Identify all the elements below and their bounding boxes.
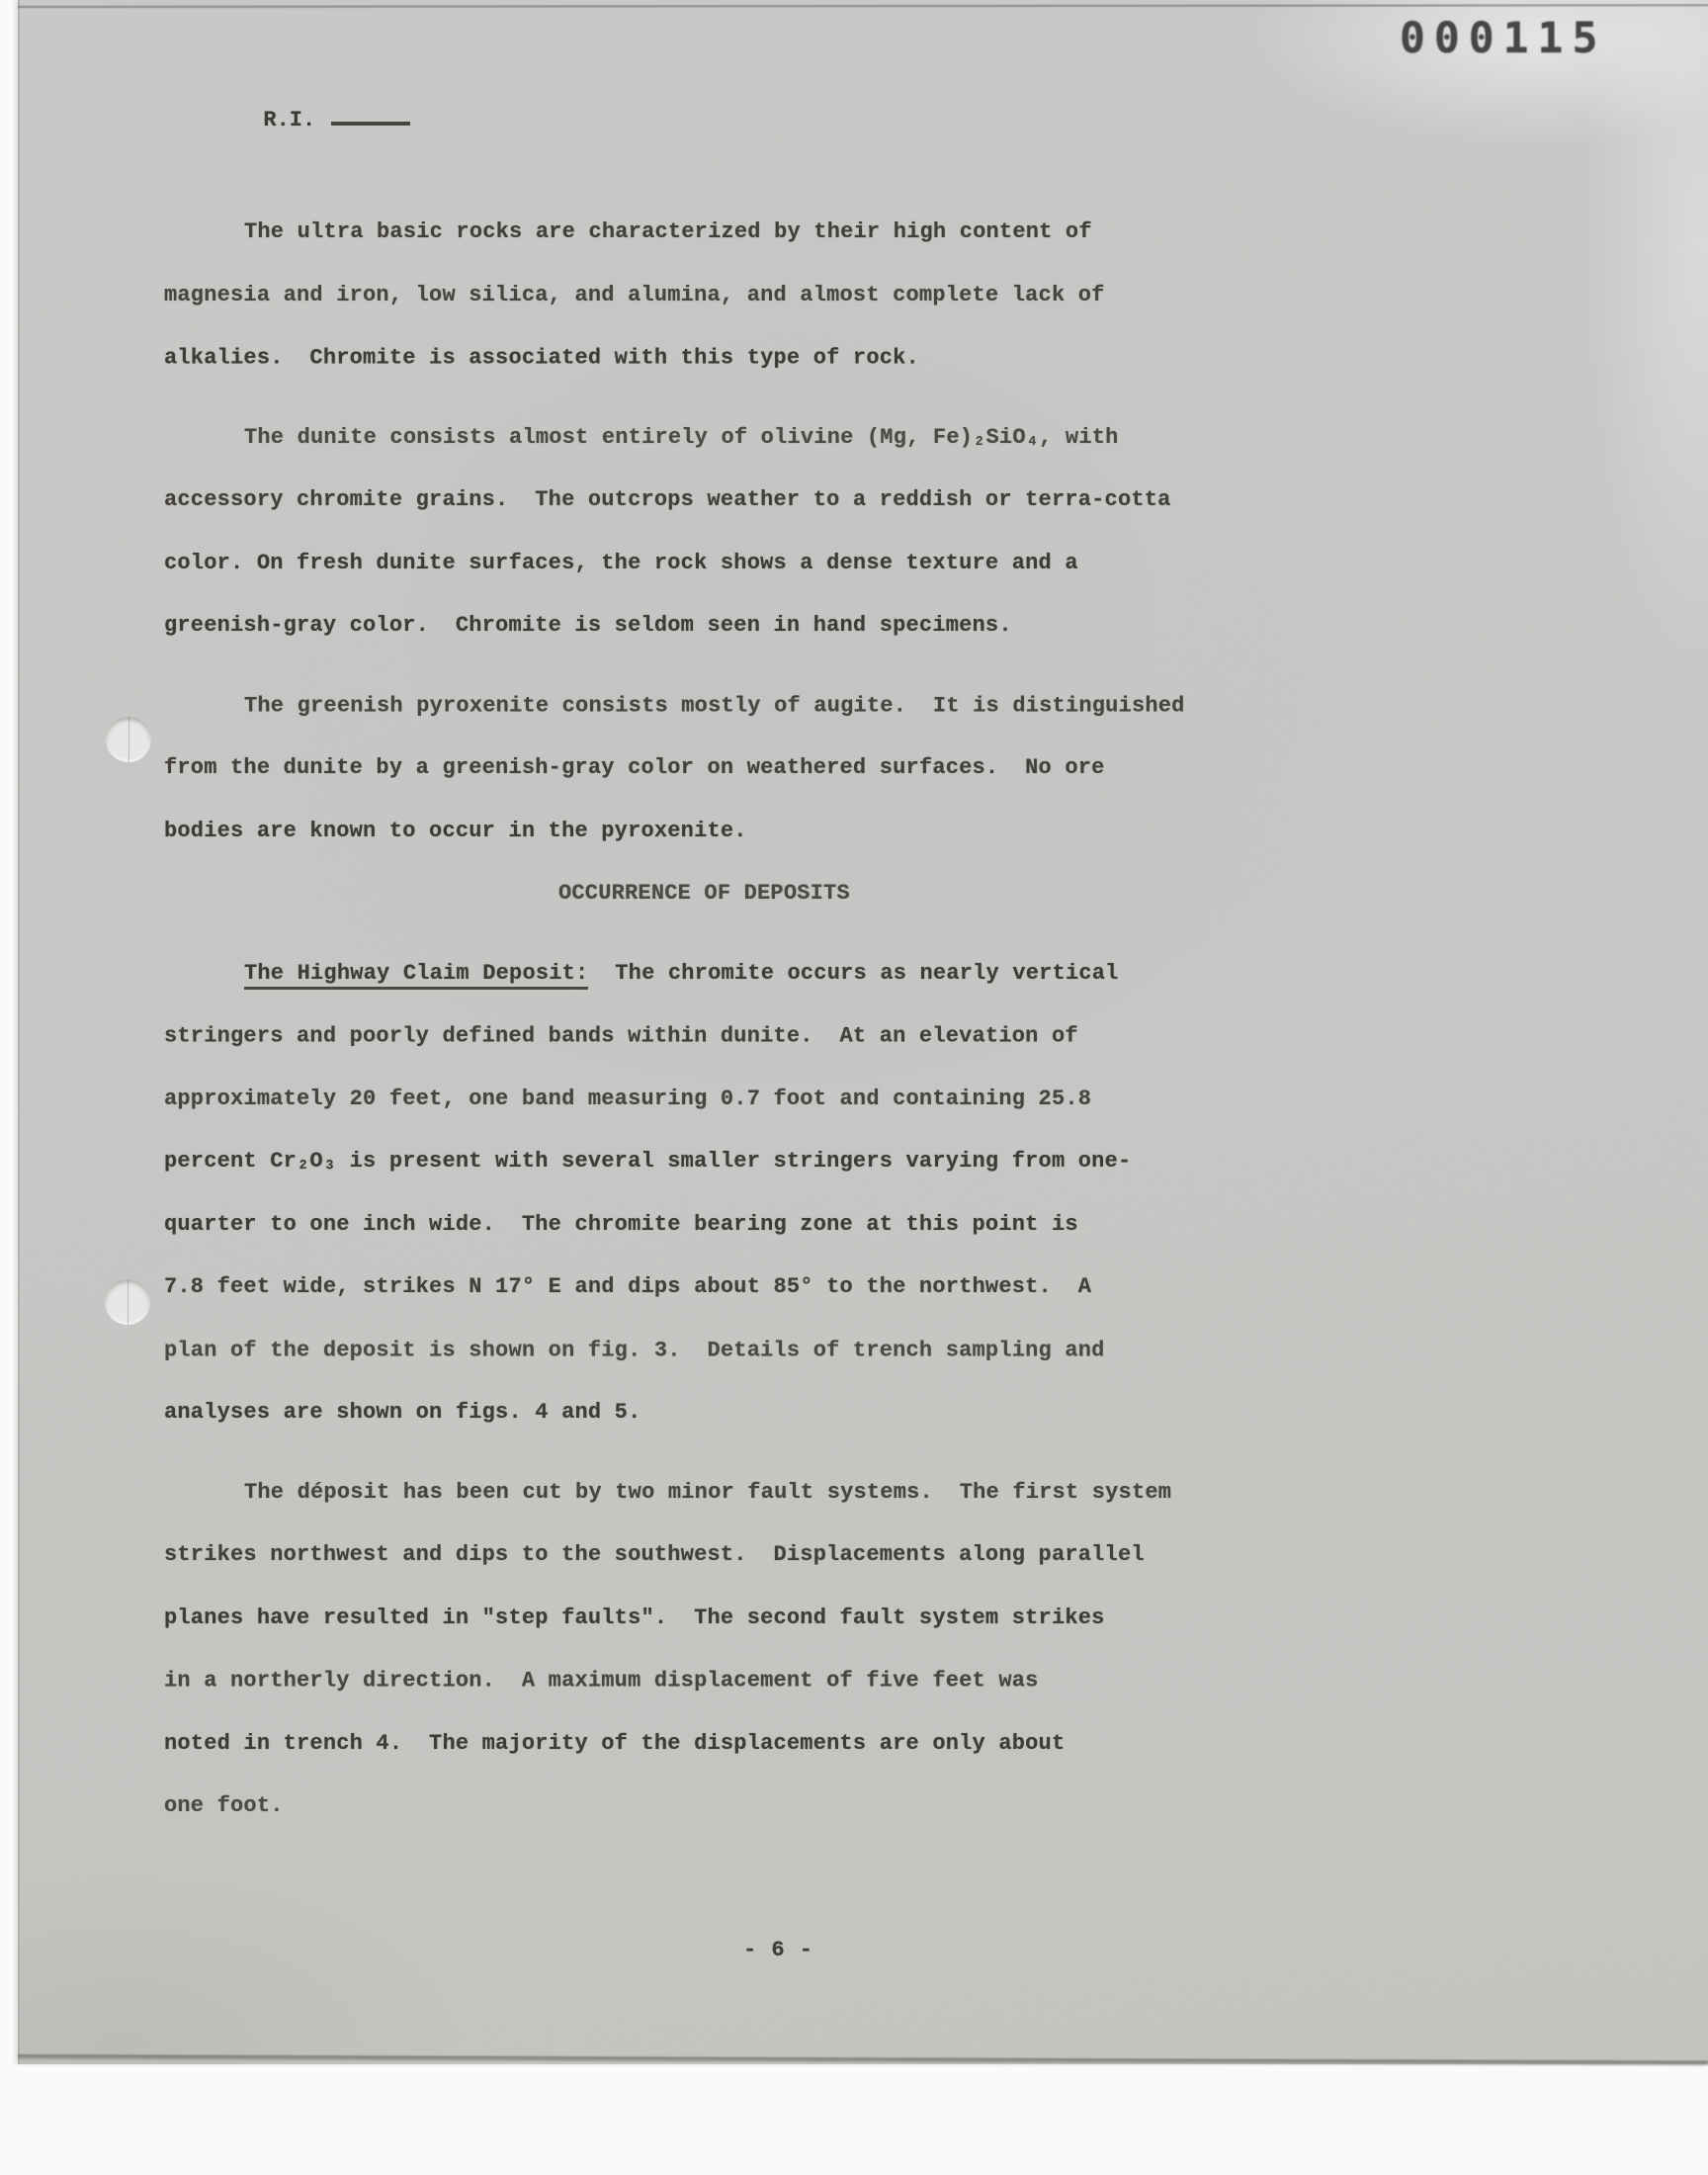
- text-line: color. On fresh dunite surfaces, the roc…: [164, 551, 1330, 614]
- text-line: in a northerly direction. A maximum disp…: [164, 1669, 1330, 1732]
- text-line: bodies are known to occur in the pyroxen…: [164, 819, 1330, 882]
- section-heading: OCCURRENCE OF DEPOSITS: [164, 881, 1330, 944]
- text-line: quarter to one inch wide. The chromite b…: [164, 1212, 1330, 1275]
- text-line: noted in trench 4. The majority of the d…: [164, 1731, 1330, 1794]
- text-line: stringers and poorly defined bands withi…: [164, 1024, 1330, 1087]
- text-line: plan of the deposit is shown on fig. 3. …: [164, 1338, 1330, 1401]
- hole-punch-top: [106, 717, 151, 762]
- text-line: strikes northwest and dips to the southw…: [164, 1542, 1330, 1606]
- text-line: planes have resulted in "step faults". T…: [164, 1606, 1330, 1669]
- text-line: The dunite consists almost entirely of o…: [164, 425, 1330, 488]
- text-line: approximately 20 feet, one band measurin…: [164, 1087, 1330, 1150]
- text-line: accessory chromite grains. The outcrops …: [164, 487, 1330, 551]
- text-line: one foot.: [164, 1793, 1330, 1857]
- text-line: The déposit has been cut by two minor fa…: [164, 1480, 1330, 1543]
- text-line: analyses are shown on figs. 4 and 5.: [164, 1400, 1330, 1463]
- hole-punch-bottom: [105, 1279, 150, 1325]
- text-line: from the dunite by a greenish-gray color…: [164, 755, 1330, 819]
- text-line: alkalies. Chromite is associated with th…: [164, 346, 1330, 409]
- text-line: The greenish pyroxenite consists mostly …: [164, 693, 1330, 756]
- text-line: The Highway Claim Deposit: The chromite …: [164, 961, 1330, 1024]
- text-line: The ultra basic rocks are characterized …: [164, 219, 1330, 283]
- text-line: 7.8 feet wide, strikes N 17° E and dips …: [164, 1274, 1330, 1338]
- ri-label: R.I.: [263, 108, 315, 132]
- claim-title-underlined: The Highway Claim Deposit:: [244, 961, 588, 990]
- stamp-number: 000115: [1400, 14, 1606, 63]
- ri-blank-line: [331, 118, 410, 126]
- ri-field: R.I.: [237, 83, 410, 132]
- page-number: - 6 -: [743, 1938, 813, 1962]
- text-line: magnesia and iron, low silica, and alumi…: [164, 283, 1330, 346]
- document-body: The ultra basic rocks are characterized …: [164, 219, 1330, 1857]
- text-line: greenish-gray color. Chromite is seldom …: [164, 613, 1330, 676]
- text-line: percent Cr₂O₃ is present with several sm…: [164, 1149, 1330, 1212]
